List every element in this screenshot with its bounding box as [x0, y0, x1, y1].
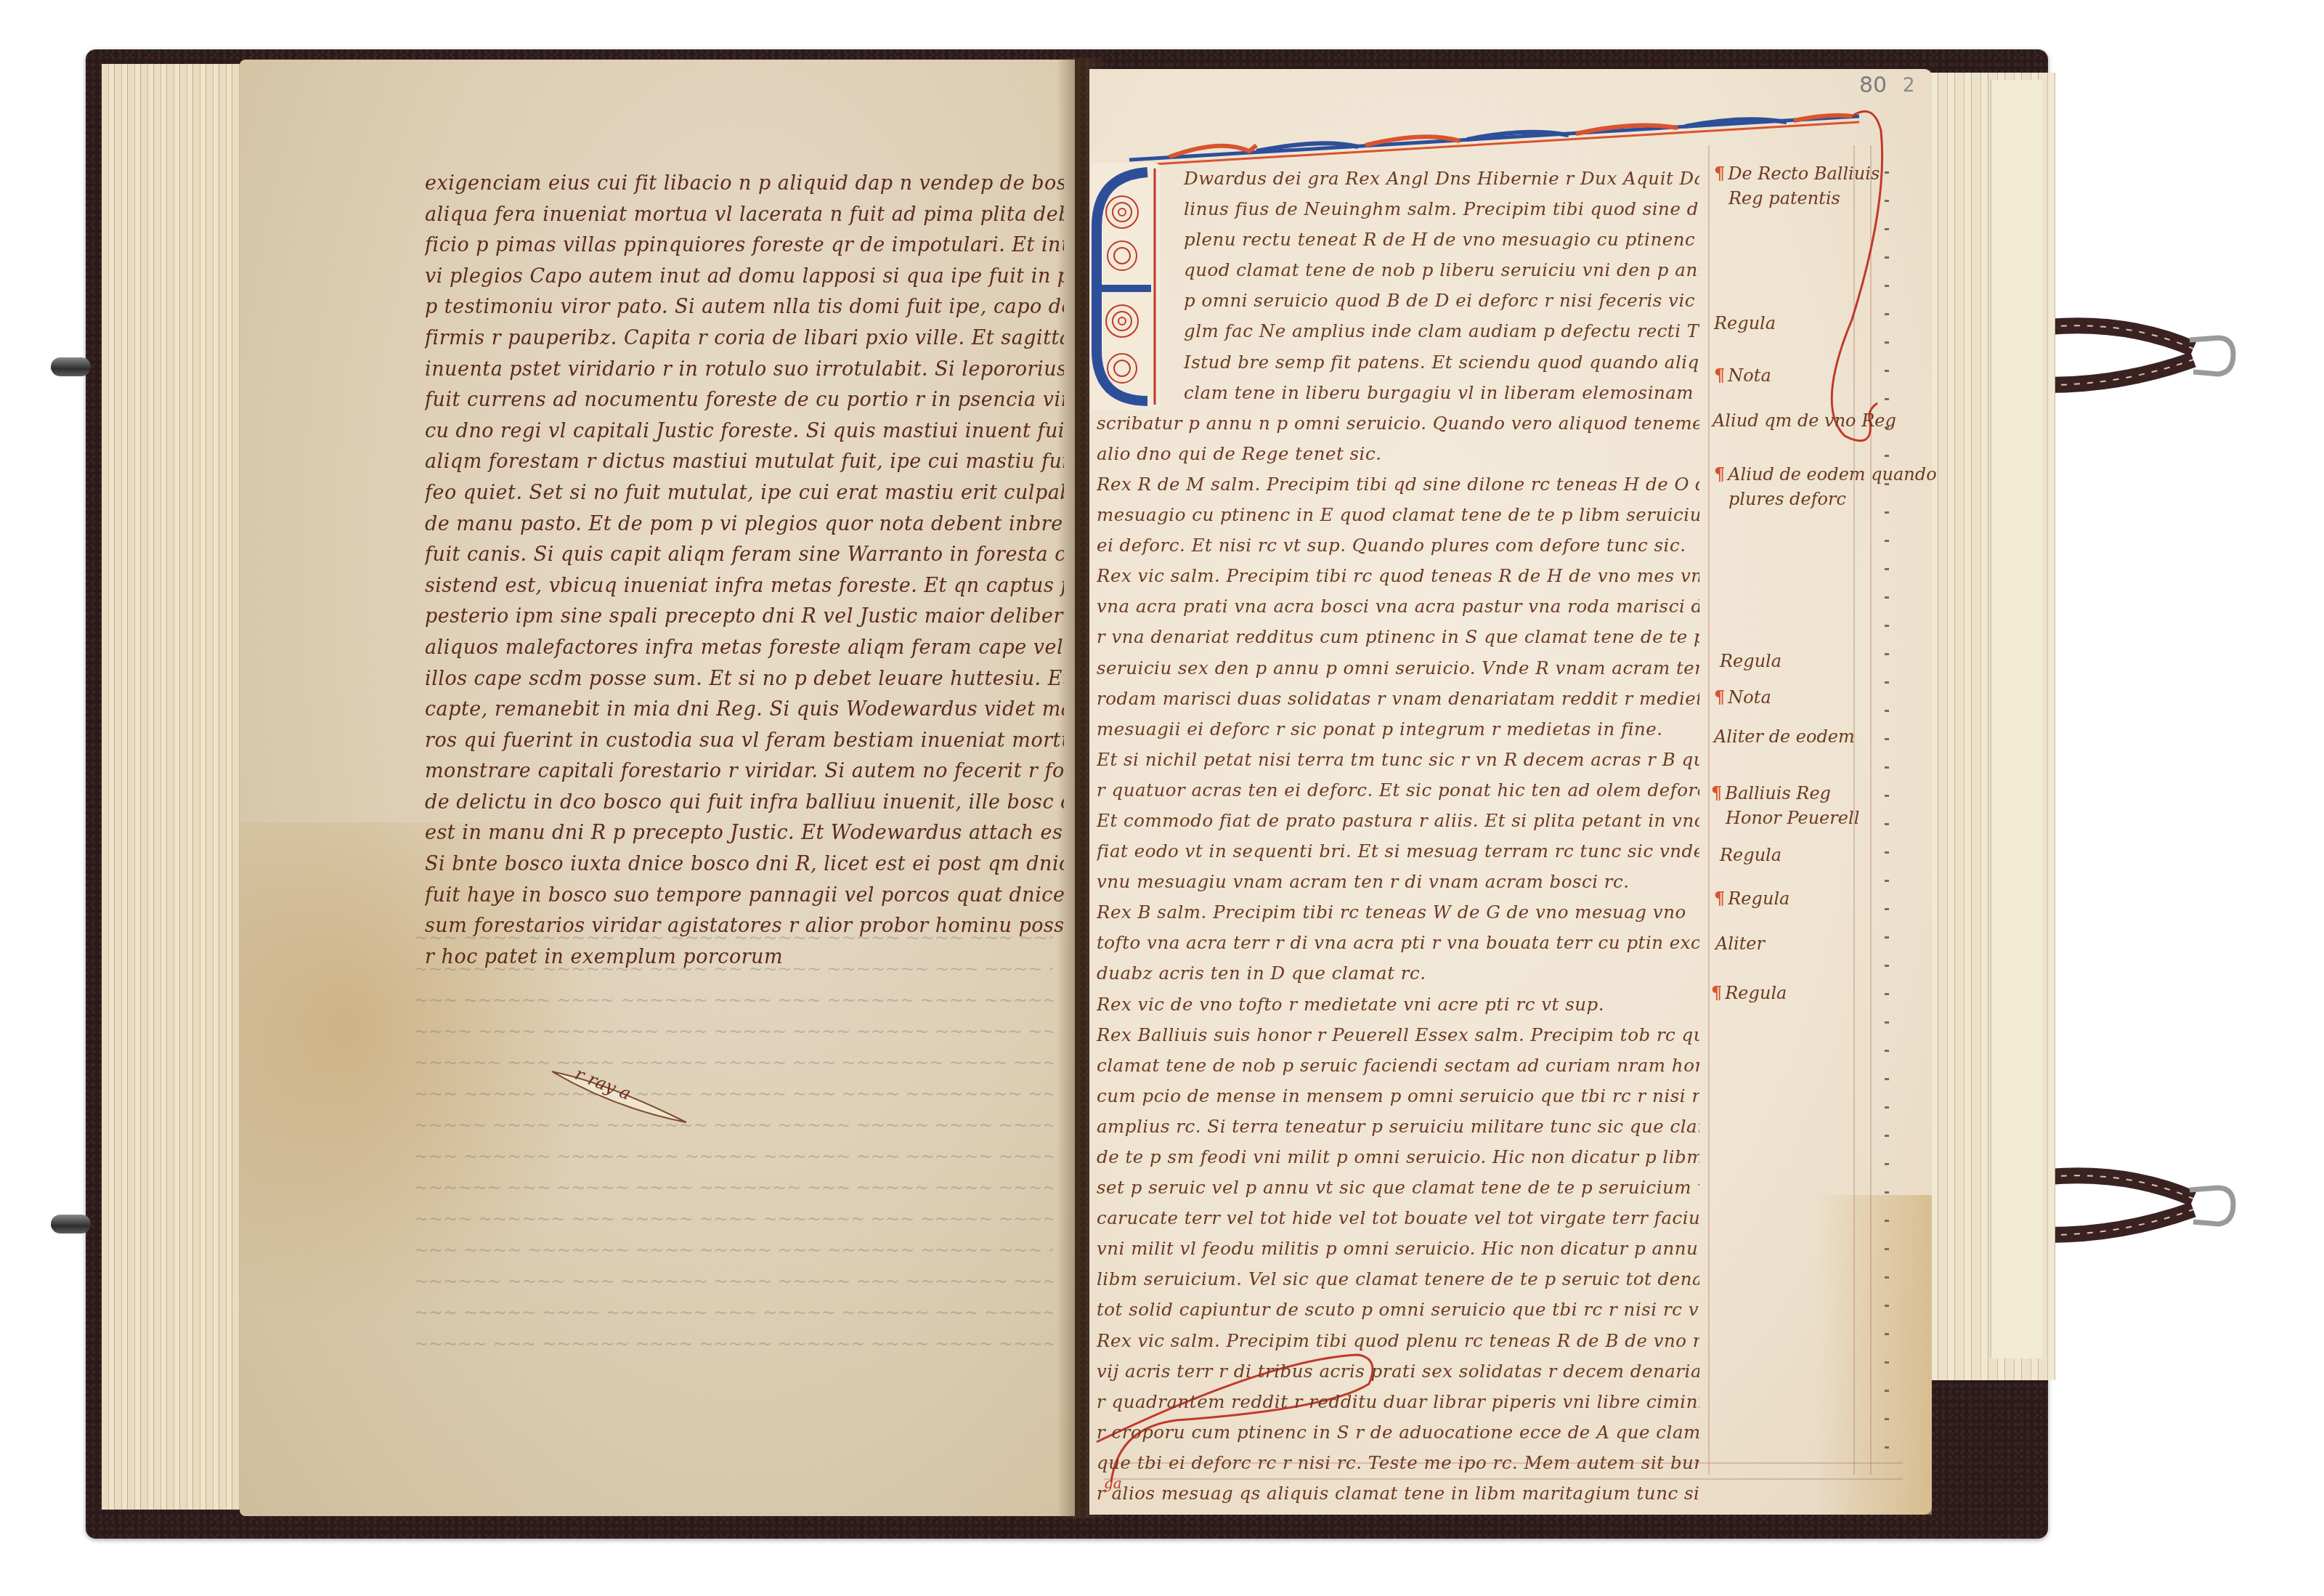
text-line: r croporu cum ptinenc in S r de aduocati…: [1097, 1417, 1699, 1448]
margin-rubric: Aliud qm de vno Reg: [1712, 408, 1896, 433]
text-line: pesterio ipm sine spali precepto dni R v…: [425, 601, 1064, 633]
braided-strap-lower: [2048, 1155, 2266, 1271]
text-line: feo quiet. Set si no fuit mutulat, ipe c…: [425, 478, 1064, 509]
text-line: Istud bre semp fit patens. Et sciendu qu…: [1097, 347, 1699, 378]
text-line: ficio p pimas villas ppinquiores foreste…: [425, 230, 1064, 262]
text-line: linus fius de Neuinghm salm. Precipim ti…: [1097, 194, 1699, 224]
margin-rubric: Regula: [1720, 843, 1781, 867]
text-line: illos cape scdm posse sum. Et si no p de…: [425, 664, 1064, 695]
text-line: Rex vic de vno tofto r medietate vni acr…: [1097, 989, 1699, 1020]
text-line: clamat tene de nob p seruic faciendi sec…: [1097, 1050, 1699, 1081]
pilcrow-icon: ¶: [1714, 888, 1725, 909]
margin-rubric: ¶De Recto Balliuis Reg patentis: [1714, 161, 1880, 211]
pilcrow-icon: ¶: [1711, 982, 1722, 1003]
text-line: Et commodo fiat de prato pastura r aliis…: [1097, 806, 1699, 836]
text-line: amplius rc. Si terra teneatur p seruiciu…: [1097, 1111, 1699, 1142]
margin-rubric: Aliter: [1715, 931, 1765, 956]
text-line: inuenta pstet viridario r in rotulo suo …: [425, 355, 1064, 386]
text-line: fuit canis. Si quis capit aliqm feram si…: [425, 540, 1064, 571]
text-line: Et si nichil petat nisi terra tm tunc si…: [1097, 745, 1699, 775]
text-line: de delictu in dco bosco qui fuit infra b…: [425, 787, 1064, 819]
text-line: Rex Balliuis suis honor r Peuerell Essex…: [1097, 1020, 1699, 1050]
text-line: r quadrantem reddit r redditu duar libra…: [1097, 1387, 1699, 1417]
text-line: vni milit vl feodu militis p omni seruic…: [1097, 1234, 1699, 1264]
text-line: fuit haye in bosco suo tempore pannagii …: [425, 880, 1064, 912]
text-line: vnu mesuagiu vnam acram ten r di vnam ac…: [1097, 867, 1699, 897]
text-line: duabz acris ten in D que clamat rc.: [1097, 958, 1699, 989]
text-line: carucate terr vel tot hide vel tot bouat…: [1097, 1203, 1699, 1234]
text-line: Dwardus dei gra Rex Angl Dns Hibernie r …: [1097, 163, 1699, 194]
text-line: firmis r pauperibz. Capita r coria de li…: [425, 323, 1064, 355]
text-line: monstrare capitali forestario r viridar.…: [425, 756, 1064, 787]
pilcrow-icon: ¶: [1714, 463, 1725, 485]
pilcrow-icon: ¶: [1714, 686, 1725, 708]
text-line: p omni seruicio quod B de D ei deforc r …: [1097, 285, 1699, 316]
text-line: set p seruic vel p annu vt sic que clama…: [1097, 1172, 1699, 1203]
text-line: fuit currens ad nocumentu foreste de cu …: [425, 385, 1064, 416]
text-line: sistend est, vbicuq inueniat infra metas…: [425, 571, 1064, 602]
text-line: r alios mesuag qs aliquis clamat tene in…: [1097, 1478, 1699, 1509]
text-line: mesuagio cu ptinenc in E quod clamat ten…: [1097, 500, 1699, 530]
right-page-text: Dwardus dei gra Rex Angl Dns Hibernie r …: [1097, 163, 1699, 1509]
text-line: scribatur p annu n p omni seruicio. Quan…: [1097, 408, 1699, 439]
text-line: glm fac Ne amplius inde clam audiam p de…: [1097, 316, 1699, 347]
text-line: seruiciu sex den p annu p omni seruicio.…: [1097, 653, 1699, 684]
text-line: vij acris terr r di tribus acris prati s…: [1097, 1356, 1699, 1387]
text-line: p testimoniu viror pato. Si autem nlla t…: [425, 292, 1064, 323]
pilcrow-icon: ¶: [1714, 163, 1725, 184]
text-line: capte, remanebit in mia dni Reg. Si quis…: [425, 694, 1064, 726]
text-line: quod clamat tene de nob p liberu seruici…: [1097, 255, 1699, 285]
text-line: de manu pasto. Et de pom p vi plegios qu…: [425, 509, 1064, 540]
text-line: ros qui fuerint in custodia sua vl feram…: [425, 726, 1064, 757]
margin-rubric: ¶Nota: [1714, 685, 1771, 710]
text-line: exigenciam eius cui fit libacio n p aliq…: [425, 169, 1064, 200]
margin-rubric: ¶Regula: [1711, 981, 1787, 1005]
margin-rubric: ¶Aliud de eodem quando plures deforc: [1714, 462, 1937, 511]
show-through-text: ~~~ ~~~~ ~~~~~~ ~~~ ~~~~ ~~~~~~ ~~~~~ ~~…: [414, 923, 1053, 1360]
text-line: rodam marisci duas solidatas r vnam dena…: [1097, 684, 1699, 714]
text-line: Rex vic salm. Precipim tibi rc quod tene…: [1097, 561, 1699, 591]
text-line: aliqua fera inueniat mortua vl lacerata …: [425, 200, 1064, 231]
edge-stain: [1816, 1195, 1932, 1515]
text-line: plenu rectu teneat R de H de vno mesuagi…: [1097, 224, 1699, 255]
right-flyleaf: [1990, 80, 2042, 1358]
text-line: tofto vna acra terr r di vna acra pti r …: [1097, 928, 1699, 958]
text-line: Si bnte bosco iuxta dnice bosco dni R, l…: [425, 849, 1064, 880]
clasp-pin-upper: [51, 357, 91, 376]
margin-rubric: Aliter de eodem: [1714, 724, 1855, 749]
text-line: alio dno qui de Rege tenet sic.: [1097, 439, 1699, 469]
text-line: que tbi ei deforc rc r nisi rc. Teste me…: [1097, 1448, 1699, 1478]
text-line: Rex B salm. Precipim tibi rc teneas W de…: [1097, 897, 1699, 928]
folio-mark: 2: [1903, 75, 1915, 97]
text-line: est in manu dni R p precepto Justic. Et …: [425, 818, 1064, 849]
text-line: r vna denariat redditus cum ptinenc in S…: [1097, 622, 1699, 652]
margin-rubric: ¶Regula: [1714, 886, 1789, 911]
text-line: Rex R de M salm. Precipim tibi qd sine d…: [1097, 469, 1699, 500]
clasp-pin-lower: [51, 1215, 91, 1234]
pilcrow-icon: ¶: [1714, 365, 1725, 386]
margin-rubric: ¶Nota: [1714, 363, 1771, 388]
pilcrow-icon: ¶: [1711, 782, 1722, 803]
margin-rubric: ¶Balliuis Reg Honor Peuerell: [1711, 781, 1859, 830]
text-line: clam tene in liberu burgagiu vl in liber…: [1097, 378, 1699, 408]
text-line: aliquos malefactores infra metas foreste…: [425, 633, 1064, 664]
text-line: mesuagii ei deforc r sic ponat p integru…: [1097, 714, 1699, 745]
margin-rubric: Regula: [1714, 311, 1776, 336]
text-line: cum pcio de mense in mensem p omni serui…: [1097, 1081, 1699, 1111]
text-line: tot solid capiuntur de scuto p omni seru…: [1097, 1295, 1699, 1325]
text-line: ei deforc. Et nisi rc vt sup. Quando plu…: [1097, 530, 1699, 561]
margin-rubric: Regula: [1720, 649, 1781, 673]
text-line: aliqm forestam r dictus mastiui mutulat …: [425, 447, 1064, 478]
braided-strap-upper: [2048, 305, 2266, 421]
left-page-stack: [102, 64, 261, 1510]
text-line: vi plegios Capo autem inut ad domu lappo…: [425, 262, 1064, 293]
footer-mark: ga: [1104, 1475, 1122, 1492]
text-line: r quatuor acras ten ei deforc. Et sic po…: [1097, 775, 1699, 806]
text-line: libm seruicium. Vel sic que clamat tener…: [1097, 1264, 1699, 1295]
left-page-text: exigenciam eius cui fit libacio n p aliq…: [425, 169, 1064, 973]
text-line: de te p sm feodi vni milit p omni seruic…: [1097, 1142, 1699, 1172]
text-line: fiat eodo vt in sequenti bri. Et si mesu…: [1097, 836, 1699, 867]
text-line: vna acra prati vna acra bosci vna acra p…: [1097, 591, 1699, 622]
text-line: Rex vic salm. Precipim tibi quod plenu r…: [1097, 1326, 1699, 1356]
text-line: cu dno regi vl capitali Justic foreste. …: [425, 416, 1064, 447]
